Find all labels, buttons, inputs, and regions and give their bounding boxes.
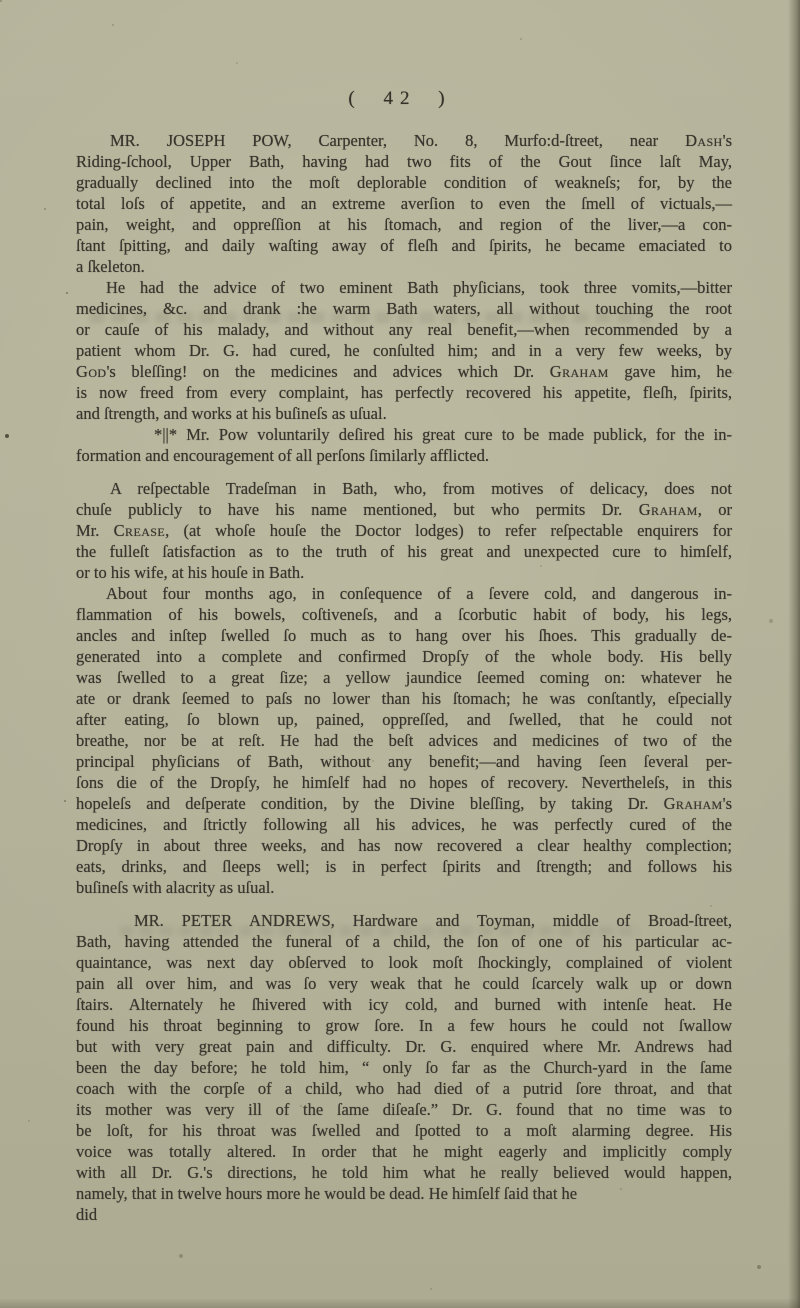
small-caps-name: Graham: [664, 794, 723, 813]
text-line: quaintance, was next day obſerved to loo…: [76, 952, 732, 973]
text-line: *||* Mr. Pow voluntarily deſired his gre…: [76, 424, 732, 445]
paper-speckles: [0, 0, 2, 2]
small-caps-name: Crease: [114, 521, 165, 540]
text-line: or to his wife, at his houſe in Bath.: [76, 562, 732, 583]
text-line: was ſwelled to a great ſize; a yellow ja…: [76, 667, 732, 688]
text-line: found his throat beginning to grow ſore.…: [76, 1015, 732, 1036]
paragraph: About four months ago, in conſequence of…: [76, 583, 732, 898]
paragraph: *||* Mr. Pow voluntarily deſired his gre…: [76, 424, 732, 466]
text-line: pain all over him, and was ſo very weak …: [76, 973, 732, 994]
paragraph: He had the advice of two eminent Bath ph…: [76, 277, 732, 424]
text-line: gradually declined into the moſt deplora…: [76, 172, 732, 193]
text-line: A reſpectable Tradeſman in Bath, who, fr…: [76, 478, 732, 499]
text-line: pain, weight, and oppreſſion at his ſtom…: [76, 214, 732, 235]
text-line: chuſe publicly to have his name mentione…: [76, 499, 732, 520]
text-line: Bath, having attended the funeral of a c…: [76, 931, 732, 952]
page-edge-shadow-right: [788, 0, 800, 1308]
text-line: a ſkeleton.: [76, 256, 732, 277]
text-line: formation and encouragement of all perſo…: [76, 445, 732, 466]
text-line: hopeleſs and deſperate condition, by the…: [76, 793, 732, 814]
text-line: Dropſy in about three weeks, and has now…: [76, 835, 732, 856]
text-line: been the day before; he told him, “ only…: [76, 1057, 732, 1078]
text-line: the fulleſt ſatisfaction as to the truth…: [76, 541, 732, 562]
text-line: flammation of his bowels, coſtiveneſs, a…: [76, 604, 732, 625]
small-caps-name: Graham: [550, 362, 609, 381]
text-line: medicines, and ſtrictly following all hi…: [76, 814, 732, 835]
text-line: buſineſs with alacrity as uſual.: [76, 877, 732, 898]
text-line: with all Dr. G.'s directions, he told hi…: [76, 1162, 732, 1183]
text-line: but with very great pain and difficulty.…: [76, 1036, 732, 1057]
text-line: voice was totally altered. In order that…: [76, 1141, 732, 1162]
text-line: ſons die of the Dropſy, he himſelf had n…: [76, 772, 732, 793]
text-line: principal phyſicians of Bath, without an…: [76, 751, 732, 772]
text-line: MR. JOSEPH POW, Carpenter, No. 8, Murfo:…: [76, 130, 732, 151]
text-line: About four months ago, in conſequence of…: [76, 583, 732, 604]
catchword: did: [76, 1204, 732, 1225]
text-line: MR. PETER ANDREWS, Hardware and Toyman, …: [76, 910, 732, 931]
paragraph: A reſpectable Tradeſman in Bath, who, fr…: [76, 478, 732, 583]
text-line: total loſs of appetite, and an extreme a…: [76, 193, 732, 214]
text-line: namely, that in twelve hours more he wou…: [76, 1183, 732, 1204]
text-line: coach with the corpſe of a child, who ha…: [76, 1078, 732, 1099]
small-caps-name: Graham: [639, 500, 698, 519]
text-line: ſtairs. Alternately he ſhivered with icy…: [76, 994, 732, 1015]
text-line: Mr. Crease, (at whoſe houſe the Doctor l…: [76, 520, 732, 541]
small-caps-name: Dash: [685, 131, 723, 150]
text-line: God's bleſſing! on the medicines and adv…: [76, 361, 732, 382]
page-text: MR. JOSEPH POW, Carpenter, No. 8, Murfo:…: [76, 130, 732, 1225]
text-line: is now freed from every complaint, has p…: [76, 382, 732, 403]
text-line: eats, drinks, and ſleeps well; is in per…: [76, 856, 732, 877]
text-line: Riding-ſchool, Upper Bath, having had tw…: [76, 151, 732, 172]
text-line: He had the advice of two eminent Bath ph…: [76, 277, 732, 298]
text-line: medicines, &c. and drank :he warm Bath w…: [76, 298, 732, 319]
text-line: breathe, nor be at reſt. He had the beſt…: [76, 730, 732, 751]
text-line: after eating, ſo blown up, pained, oppre…: [76, 709, 732, 730]
page-number: ( 42 ): [0, 88, 800, 110]
text-line: generated into a complete and confirmed …: [76, 646, 732, 667]
small-caps-name: God: [76, 362, 106, 381]
text-line: be loſt, for his throat was ſwelled and …: [76, 1120, 732, 1141]
text-line: and ſtrength, and works at his buſineſs …: [76, 403, 732, 424]
text-line: ancles and inſtep ſwelled ſo much as to …: [76, 625, 732, 646]
paragraph: MR. JOSEPH POW, Carpenter, No. 8, Murfo:…: [76, 130, 732, 277]
page-edge-shadow-bottom: [0, 1298, 800, 1308]
text-line: or cauſe of his malady, and without any …: [76, 319, 732, 340]
paragraph: MR. PETER ANDREWS, Hardware and Toyman, …: [76, 910, 732, 1204]
text-line: ſtant ſpitting, and daily waſting away o…: [76, 235, 732, 256]
text-line: patient whom Dr. G. had cured, he conſul…: [76, 340, 732, 361]
text-line: ate or drank ſeemed to paſs no lower tha…: [76, 688, 732, 709]
book-page-scan: ( 42 ) MR. JOSEPH POW, Carpenter, No. 8,…: [0, 0, 800, 1308]
text-line: its mother was very ill of the ſame diſe…: [76, 1099, 732, 1120]
